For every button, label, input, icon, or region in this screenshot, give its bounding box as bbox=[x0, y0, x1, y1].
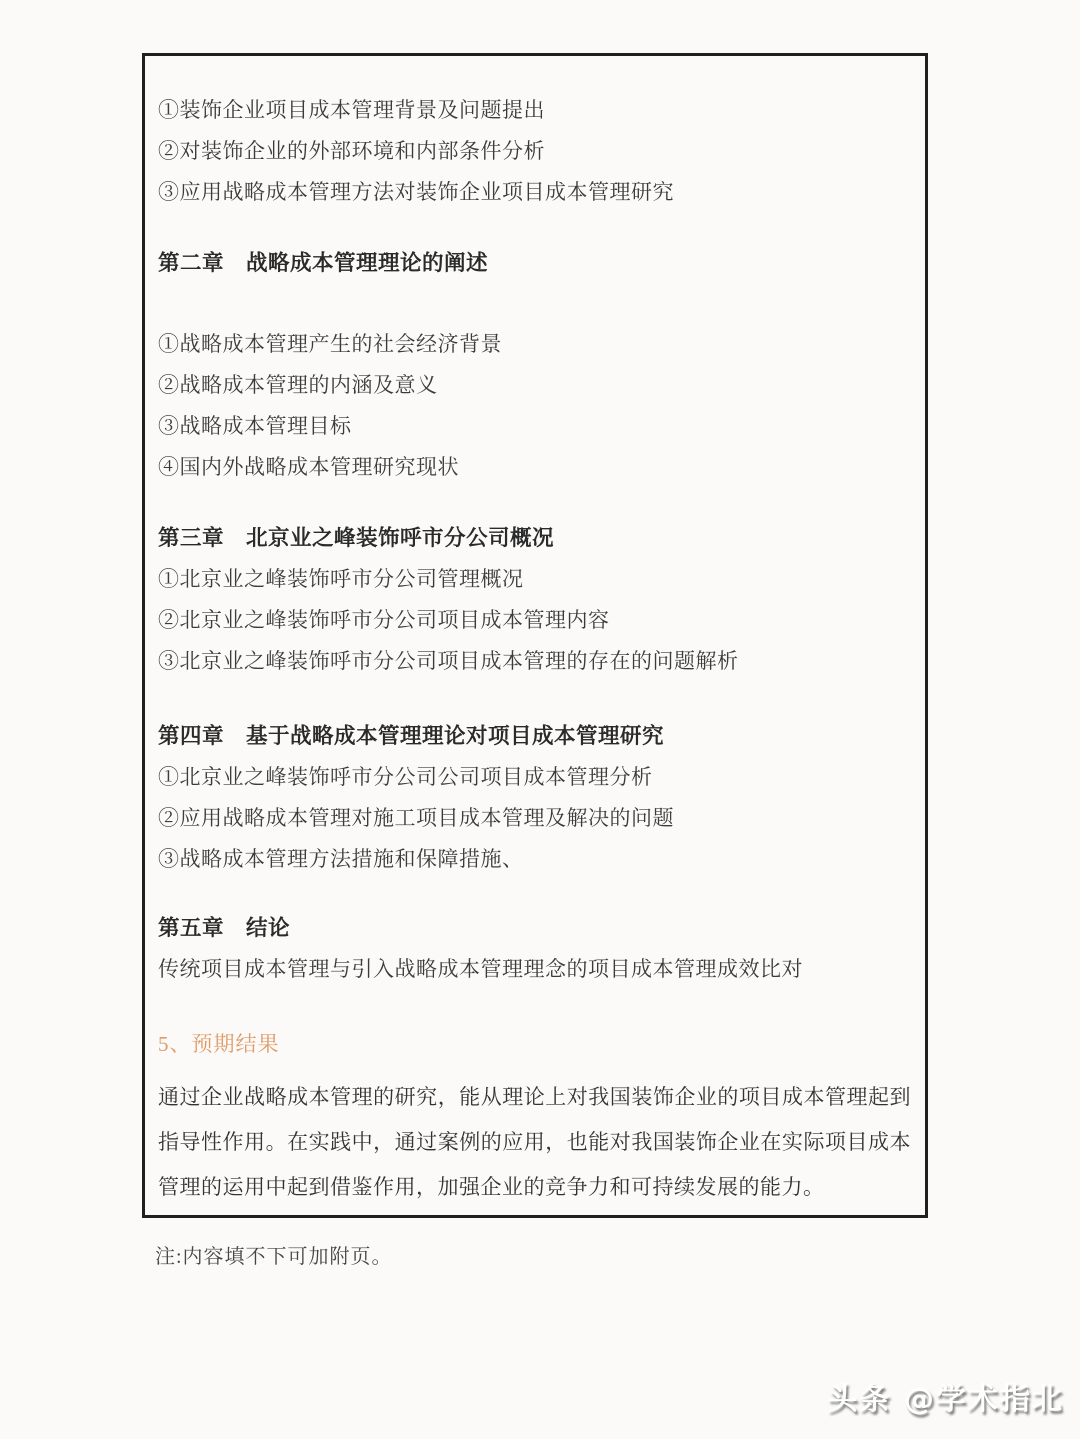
watermark: 头条 @学术指北 bbox=[828, 1374, 1064, 1418]
chapter4-items: ①北京业之峰装饰呼市分公司公司项目成本管理分析 ②应用战略成本管理对施工项目成本… bbox=[158, 757, 911, 880]
outline-box: ①装饰企业项目成本管理背景及问题提出 ②对装饰企业的外部环境和内部条件分析 ③应… bbox=[142, 53, 928, 1218]
chapter4-heading: 第四章 基于战略成本管理理论对项目成本管理研究 bbox=[158, 716, 911, 757]
outline-item: ①战略成本管理产生的社会经济背景 bbox=[158, 324, 911, 365]
expected-results-paragraph: 通过企业战略成本管理的研究，能从理论上对我国装饰企业的项目成本管理起到指导性作用… bbox=[158, 1075, 911, 1210]
chapter3-items: ①北京业之峰装饰呼市分公司管理概况 ②北京业之峰装饰呼市分公司项目成本管理内容 … bbox=[158, 559, 911, 682]
expected-results-heading: 5、预期结果 bbox=[158, 1024, 911, 1065]
chapter1-items: ①装饰企业项目成本管理背景及问题提出 ②对装饰企业的外部环境和内部条件分析 ③应… bbox=[158, 90, 911, 213]
outline-item: 传统项目成本管理与引入战略成本管理理念的项目成本管理成效比对 bbox=[158, 949, 911, 990]
chapter2-heading: 第二章 战略成本管理理论的阐述 bbox=[158, 243, 911, 284]
note-text: 注:内容填不下可加附页。 bbox=[155, 1240, 393, 1269]
outline-item: ①北京业之峰装饰呼市分公司管理概况 bbox=[158, 559, 911, 600]
chapter5-heading: 第五章 结论 bbox=[158, 908, 911, 949]
document-page: ①装饰企业项目成本管理背景及问题提出 ②对装饰企业的外部环境和内部条件分析 ③应… bbox=[0, 0, 1080, 1439]
chapter2-items: ①战略成本管理产生的社会经济背景 ②战略成本管理的内涵及意义 ③战略成本管理目标… bbox=[158, 324, 911, 488]
outline-item: ③应用战略成本管理方法对装饰企业项目成本管理研究 bbox=[158, 172, 911, 213]
outline-item: ①北京业之峰装饰呼市分公司公司项目成本管理分析 bbox=[158, 757, 911, 798]
outline-item: ②战略成本管理的内涵及意义 bbox=[158, 365, 911, 406]
outline-item: ①装饰企业项目成本管理背景及问题提出 bbox=[158, 90, 911, 131]
chapter5-items: 传统项目成本管理与引入战略成本管理理念的项目成本管理成效比对 bbox=[158, 949, 911, 990]
chapter3-heading: 第三章 北京业之峰装饰呼市分公司概况 bbox=[158, 518, 911, 559]
outline-item: ③战略成本管理目标 bbox=[158, 406, 911, 447]
outline-item: ②应用战略成本管理对施工项目成本管理及解决的问题 bbox=[158, 798, 911, 839]
outline-item: ③北京业之峰装饰呼市分公司项目成本管理的存在的问题解析 bbox=[158, 641, 911, 682]
outline-item: ②对装饰企业的外部环境和内部条件分析 bbox=[158, 131, 911, 172]
outline-item: ③战略成本管理方法措施和保障措施、 bbox=[158, 839, 911, 880]
outline-item: ④国内外战略成本管理研究现状 bbox=[158, 447, 911, 488]
outline-item: ②北京业之峰装饰呼市分公司项目成本管理内容 bbox=[158, 600, 911, 641]
